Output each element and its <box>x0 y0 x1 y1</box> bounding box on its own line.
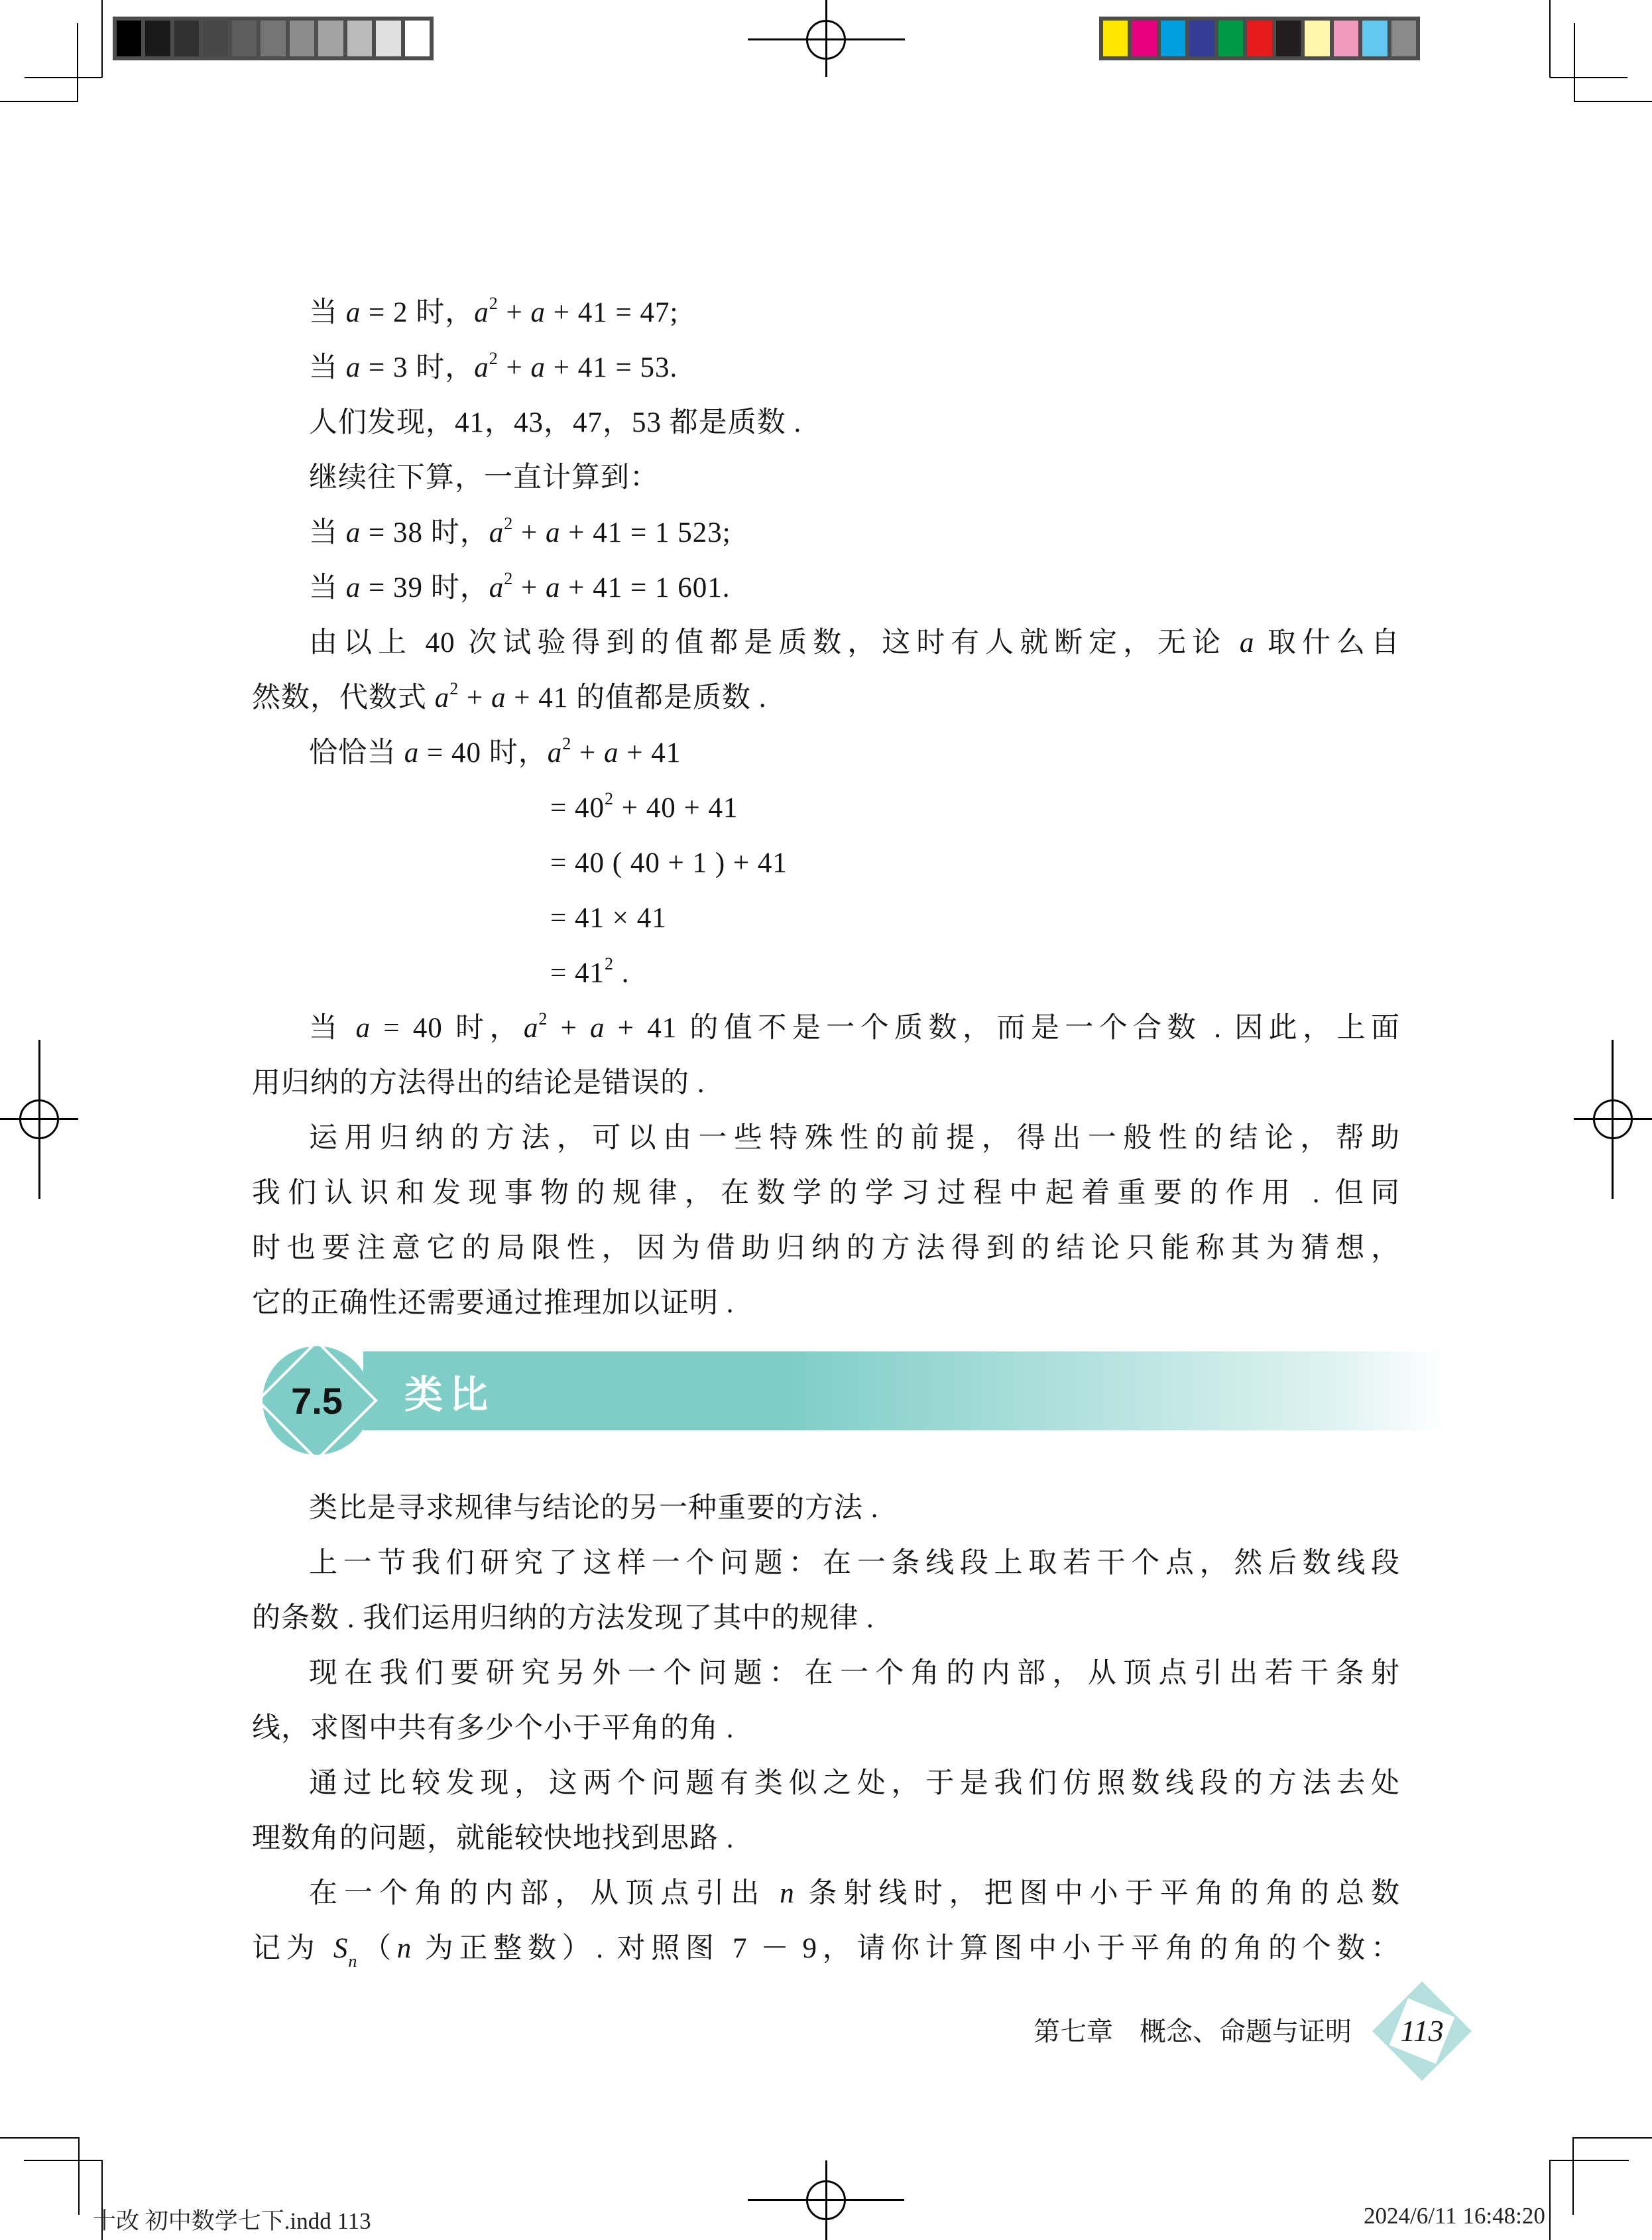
text-line: 由以上 40 次试验得到的值都是质数，这时有人就断定，无论 a 取什么自 <box>252 615 1400 670</box>
text-line: 上一节我们研究了这样一个问题：在一条线段上取若干个点，然后数线段 <box>252 1536 1400 1591</box>
text-line: = 40 ( 40 + 1 ) + 41 <box>252 836 1400 891</box>
print-timestamp: 2024/6/11 16:48:20 <box>1364 2203 1545 2229</box>
color-swatch <box>1330 21 1358 56</box>
color-swatch <box>1272 21 1301 56</box>
color-swatch <box>1387 21 1416 56</box>
grayscale-swatch <box>343 21 372 56</box>
text-line: 恰恰当 a = 40 时，a2 + a + 41 <box>252 725 1400 780</box>
section-number-badge: 7.5 <box>263 1346 371 1455</box>
text-line: 现在我们要研究另外一个问题：在一个角的内部，从顶点引出若干条射 <box>252 1646 1400 1701</box>
text-line: 当 a = 38 时，a2 + a + 41 = 1 523; <box>252 505 1400 560</box>
text-line: 继续往下算，一直计算到： <box>252 450 1400 505</box>
textbook-page: 当 a = 2 时，a2 + a + 41 = 47;当 a = 3 时，a2 … <box>0 0 1652 2240</box>
grayscale-calibration-bar <box>113 17 434 60</box>
grayscale-swatch <box>170 21 199 56</box>
grayscale-swatch <box>117 21 141 56</box>
grayscale-swatch <box>228 21 257 56</box>
body-text-block-lower: 类比是寻求规律与结论的另一种重要的方法 .上一节我们研究了这样一个问题：在一条线… <box>252 1481 1400 1976</box>
color-swatch <box>1243 21 1271 56</box>
color-swatch <box>1103 21 1128 56</box>
grayscale-swatch <box>257 21 285 56</box>
color-swatch <box>1214 21 1243 56</box>
text-line: 的条数 . 我们运用归纳的方法发现了其中的规律 . <box>252 1591 1400 1646</box>
text-line: 运用归纳的方法，可以由一些特殊性的前提，得出一般性的结论，帮助 <box>252 1111 1400 1166</box>
text-line: 它的正确性还需要通过推理加以证明 . <box>252 1276 1400 1331</box>
text-line: 记为 Sn（n 为正整数）. 对照图 7 － 9，请你计算图中小于平角的角的个数… <box>252 1921 1400 1976</box>
grayscale-swatch <box>314 21 343 56</box>
print-filename: 十改 初中数学七下.indd 113 <box>93 2203 371 2236</box>
text-line: 然数，代数式 a2 + a + 41 的值都是质数 . <box>252 670 1400 725</box>
section-title: 类比 <box>404 1363 495 1419</box>
text-line: = 412 . <box>252 946 1400 1001</box>
color-swatch <box>1128 21 1156 56</box>
grayscale-swatch <box>141 21 170 56</box>
text-line: 当 a = 3 时，a2 + a + 41 = 53. <box>252 340 1400 395</box>
grayscale-swatch <box>199 21 227 56</box>
text-line: 当 a = 2 时，a2 + a + 41 = 47; <box>252 285 1400 340</box>
grayscale-swatch <box>372 21 400 56</box>
text-line: 在一个角的内部，从顶点引出 n 条射线时，把图中小于平角的角的总数 <box>252 1866 1400 1921</box>
text-line: 通过比较发现，这两个问题有类似之处，于是我们仿照数线段的方法去处 <box>252 1756 1400 1811</box>
page-number: 113 <box>1382 2009 1462 2053</box>
body-text-block-upper: 当 a = 2 时，a2 + a + 41 = 47;当 a = 3 时，a2 … <box>252 285 1400 1331</box>
text-line: = 402 + 40 + 41 <box>252 780 1400 836</box>
text-line: 理数角的问题，就能较快地找到思路 . <box>252 1811 1400 1866</box>
color-swatch <box>1358 21 1387 56</box>
text-line: 当 a = 40 时，a2 + a + 41 的值不是一个质数，而是一个合数 .… <box>252 1001 1400 1056</box>
text-line: 我们认识和发现事物的规律，在数学的学习过程中起着重要的作用 . 但同 <box>252 1166 1400 1221</box>
color-calibration-bar <box>1099 17 1420 60</box>
section-banner: 类比 <box>363 1351 1468 1430</box>
text-line: 人们发现，41，43，47，53 都是质数 . <box>252 395 1400 450</box>
text-line: 类比是寻求规律与结论的另一种重要的方法 . <box>252 1481 1400 1536</box>
grayscale-swatch <box>401 21 430 56</box>
chapter-footer: 第七章 概念、命题与证明 <box>795 2016 1352 2048</box>
color-swatch <box>1157 21 1185 56</box>
text-line: 用归纳的方法得出的结论是错误的 . <box>252 1056 1400 1111</box>
grayscale-swatch <box>286 21 314 56</box>
text-line: 当 a = 39 时，a2 + a + 41 = 1 601. <box>252 560 1400 615</box>
section-number: 7.5 <box>263 1346 371 1455</box>
text-line: 线，求图中共有多少个小于平角的角 . <box>252 1701 1400 1756</box>
text-line: 时也要注意它的局限性，因为借助归纳的方法得到的结论只能称其为猜想， <box>252 1221 1400 1276</box>
color-swatch <box>1301 21 1329 56</box>
text-line: = 41 × 41 <box>252 891 1400 946</box>
color-swatch <box>1185 21 1214 56</box>
